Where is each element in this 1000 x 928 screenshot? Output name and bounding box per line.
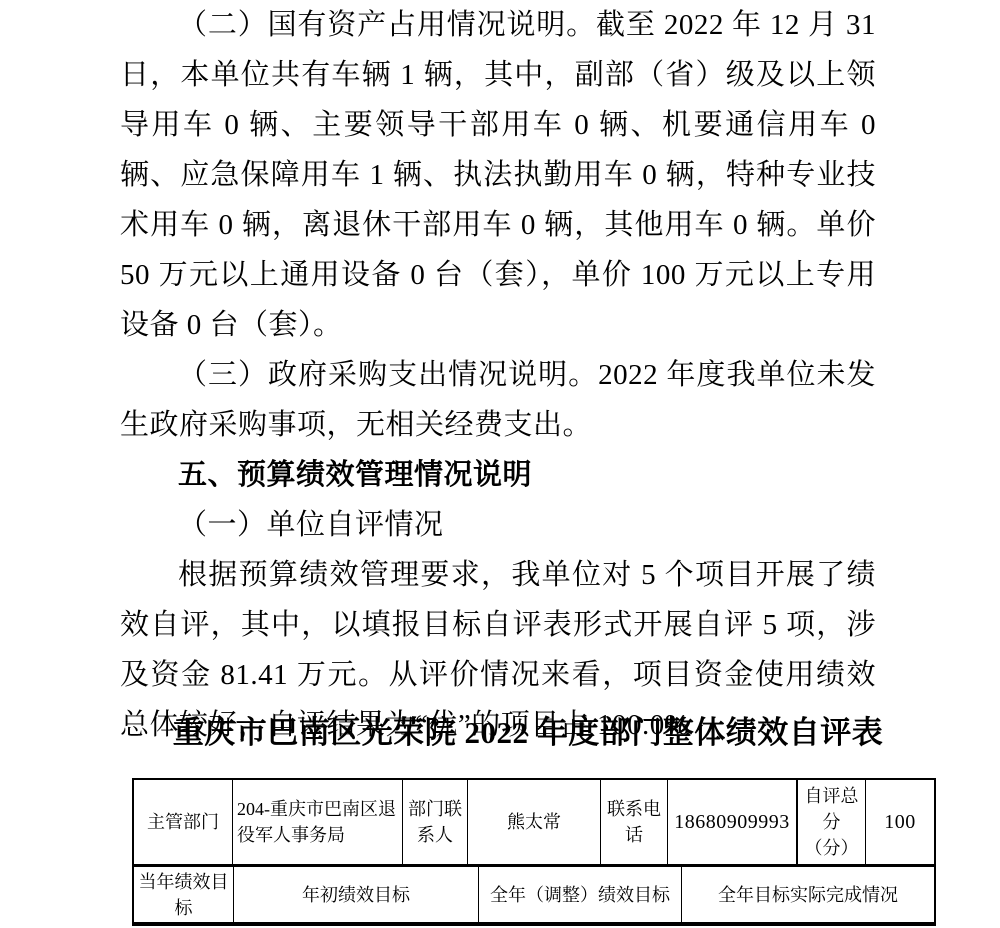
cell-goal-actual: 全年目标实际完成情况	[682, 867, 934, 922]
cell-phone-label: 联系电话	[601, 780, 668, 864]
cell-contact-label: 部门联系人	[403, 780, 468, 864]
paragraph-gov-procurement: （三）政府采购支出情况说明。2022 年度我单位未发生政府采购事项，无相关经费支…	[120, 350, 876, 450]
cell-goal-initial: 年初绩效目标	[234, 867, 479, 922]
cell-goal-row-label: 当年绩效目标	[134, 867, 234, 922]
table-title: 重庆市巴南区光荣院 2022 年度部门整体绩效自评表	[120, 703, 936, 763]
table-row-info: 主管部门 204-重庆市巴南区退役军人事务局 部门联系人 熊太常 联系电话 18…	[134, 780, 934, 867]
document-page: （二）国有资产占用情况说明。截至 2022 年 12 月 31 日，本单位共有车…	[0, 0, 1000, 928]
cell-dept-value: 204-重庆市巴南区退役军人事务局	[233, 780, 403, 864]
performance-self-eval-table: 主管部门 204-重庆市巴南区退役军人事务局 部门联系人 熊太常 联系电话 18…	[132, 778, 936, 926]
subheading-unit-self-evaluation: （一）单位自评情况	[120, 500, 876, 550]
table-row-goal-headers: 当年绩效目标 年初绩效目标 全年（调整）绩效目标 全年目标实际完成情况	[134, 867, 934, 922]
cell-score-label: 自评总分（分）	[798, 780, 866, 864]
cell-contact-value: 熊太常	[468, 780, 601, 864]
cell-goal-adjusted: 全年（调整）绩效目标	[479, 867, 682, 922]
score-number: 100	[884, 809, 916, 835]
section-heading-performance-management: 五、预算绩效管理情况说明	[120, 450, 876, 500]
document-body: （二）国有资产占用情况说明。截至 2022 年 12 月 31 日，本单位共有车…	[120, 0, 876, 750]
paragraph-state-assets: （二）国有资产占用情况说明。截至 2022 年 12 月 31 日，本单位共有车…	[120, 0, 876, 350]
cell-score-value: 100	[866, 780, 934, 864]
cell-phone-value: 18680909993	[668, 780, 798, 864]
cell-dept-label: 主管部门	[134, 780, 233, 864]
phone-number: 18680909993	[674, 809, 790, 835]
